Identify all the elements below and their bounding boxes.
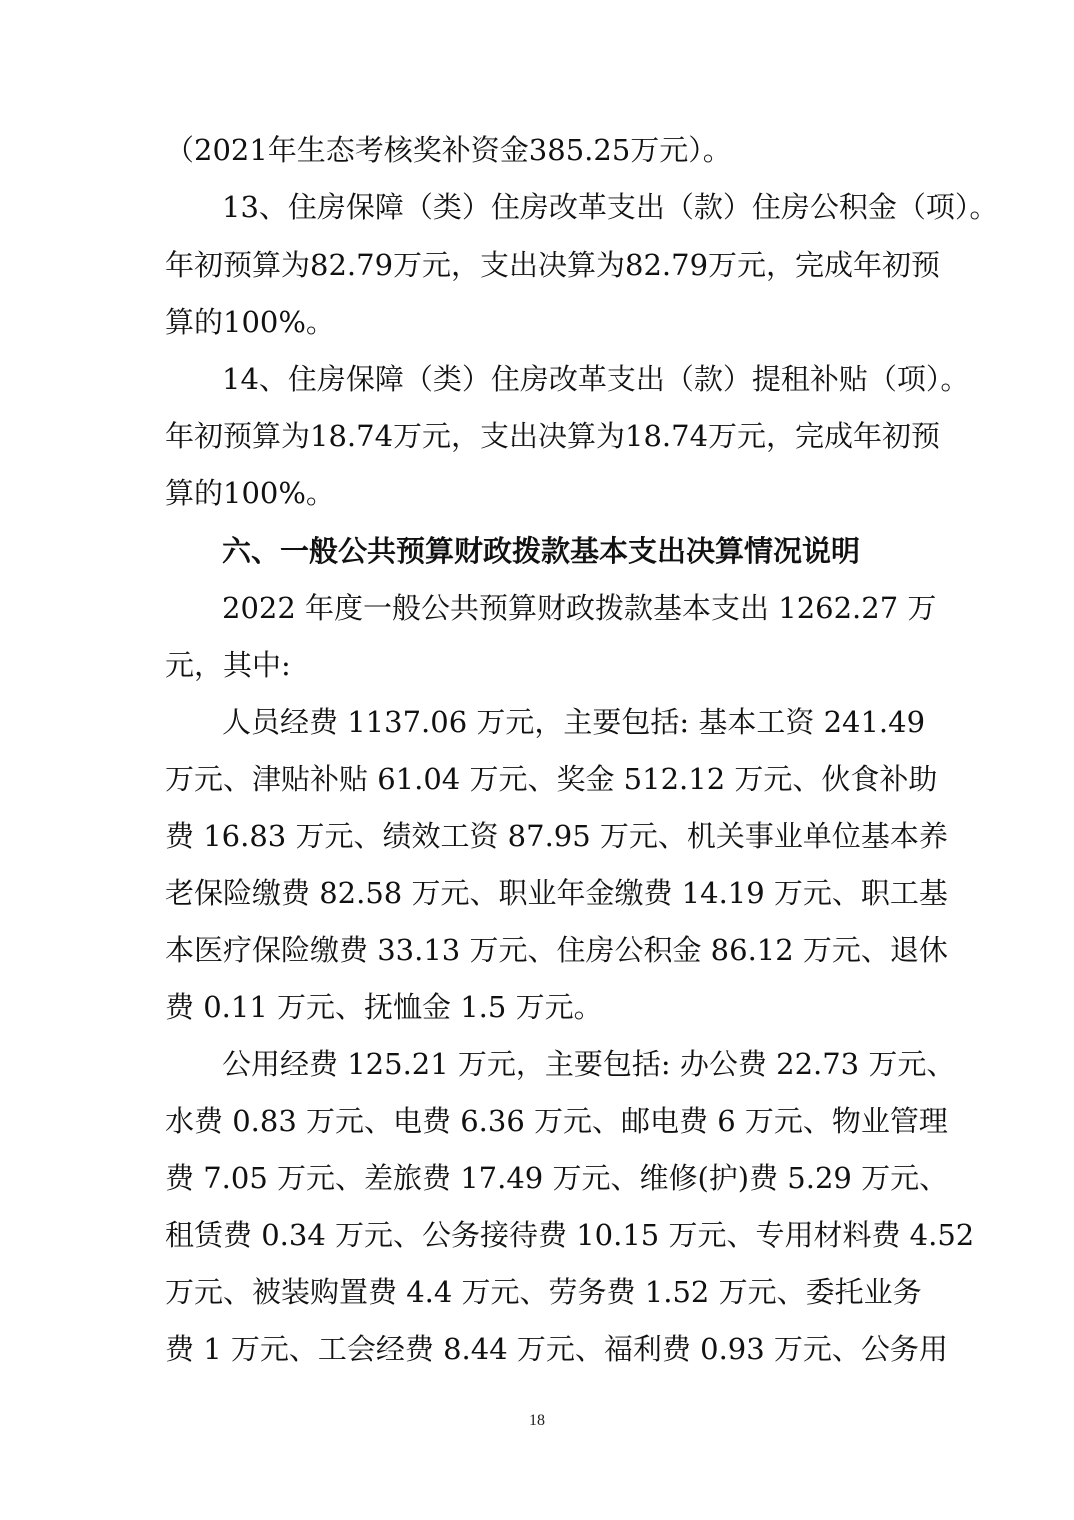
paragraph-line: 算的100%。 xyxy=(165,302,915,342)
personnel-expense-line: 人员经费 1137.06 万元，主要包括: 基本工资 241.49 xyxy=(222,702,915,742)
summary-line: 2022 年度一般公共预算财政拨款基本支出 1262.27 万 xyxy=(222,588,915,628)
item-13-heading-line: 13、住房保障（类）住房改革支出（款）住房公积金（项）。 xyxy=(222,187,915,227)
personnel-expense-line: 本医疗保险缴费 33.13 万元、住房公积金 86.12 万元、退休 xyxy=(165,930,915,970)
public-expense-line: 费 7.05 万元、差旅费 17.49 万元、维修(护)费 5.29 万元、 xyxy=(165,1158,915,1198)
page-number: 18 xyxy=(0,1412,1074,1430)
public-expense-line: 公用经费 125.21 万元，主要包括: 办公费 22.73 万元、 xyxy=(222,1044,915,1084)
public-expense-line: 费 1 万元、工会经费 8.44 万元、福利费 0.93 万元、公务用 xyxy=(165,1329,915,1369)
public-expense-line: 水费 0.83 万元、电费 6.36 万元、邮电费 6 万元、物业管理 xyxy=(165,1101,915,1141)
personnel-expense-line: 万元、津贴补贴 61.04 万元、奖金 512.12 万元、伙食补助 xyxy=(165,759,915,799)
item-14-heading-line: 14、住房保障（类）住房改革支出（款）提租补贴（项）。 xyxy=(222,359,915,399)
personnel-expense-line: 老保险缴费 82.58 万元、职业年金缴费 14.19 万元、职工基 xyxy=(165,873,915,913)
personnel-expense-line: 费 16.83 万元、绩效工资 87.95 万元、机关事业单位基本养 xyxy=(165,816,915,856)
personnel-expense-line: 费 0.11 万元、抚恤金 1.5 万元。 xyxy=(165,987,915,1027)
document-page: （2021年生态考核奖补资金385.25万元）。 13、住房保障（类）住房改革支… xyxy=(0,0,1074,1520)
paragraph-line: 算的100%。 xyxy=(165,473,915,513)
public-expense-line: 万元、被装购置费 4.4 万元、劳务费 1.52 万元、委托业务 xyxy=(165,1272,915,1312)
public-expense-line: 租赁费 0.34 万元、公务接待费 10.15 万元、专用材料费 4.52 xyxy=(165,1215,915,1255)
paragraph-line: 年初预算为82.79万元，支出决算为82.79万元，完成年初预 xyxy=(165,245,915,285)
summary-line: 元，其中: xyxy=(165,645,915,685)
section-heading: 六、一般公共预算财政拨款基本支出决算情况说明 xyxy=(222,531,915,571)
paragraph-line: 年初预算为18.74万元，支出决算为18.74万元，完成年初预 xyxy=(165,416,915,456)
paragraph-line: （2021年生态考核奖补资金385.25万元）。 xyxy=(165,130,915,170)
